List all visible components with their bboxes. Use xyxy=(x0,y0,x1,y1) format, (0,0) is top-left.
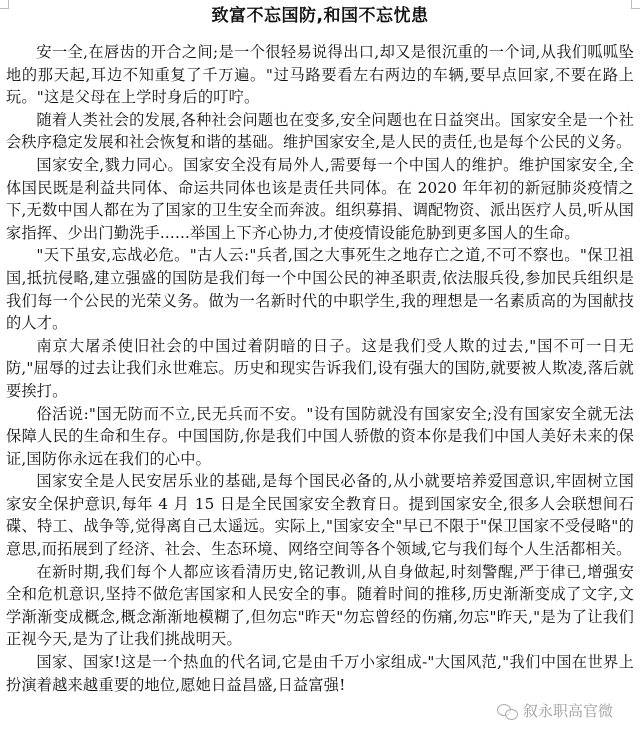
paragraph: 国家、国家!这是一个热血的代名词,它是由千万小家组成-"大国风范,"我们中国在世… xyxy=(6,651,634,696)
paragraph: 国家安全,戮力同心。国家安全没有局外人,需要每一个中国人的维护。维护国家安全,全… xyxy=(6,154,634,244)
wechat-icon xyxy=(497,703,519,719)
paragraph: 随着人类社会的发展,各种社会问题也在变多,安全问题也在日益突出。国家安全是一个社… xyxy=(6,109,634,154)
paragraph: 安一全,在唇齿的开合之间;是一个很轻易说得出口,却又是很沉重的一个词,从我们呱呱… xyxy=(6,41,634,109)
document-title: 致富不忘国防,和国不忘忧患 xyxy=(0,4,640,28)
paragraph: 俗活说:"国无防而不立,民无兵而不安。"设有国防就没有国家安全;没有国家安全就无… xyxy=(6,403,634,471)
paragraph: 在新时期,我们每个人都应该看清历史,铭记教训,从自身做起,时刻警醒,严于律已,增… xyxy=(6,561,634,651)
paragraph: 国家安全是人民安居乐业的基础,是每个国民必备的,从小就要培养爱国意识,牢固树立国… xyxy=(6,470,634,560)
document-body: 安一全,在唇齿的开合之间;是一个很轻易说得出口,却又是很沉重的一个词,从我们呱呱… xyxy=(6,41,634,696)
watermark: 叙永职高官微 xyxy=(497,700,613,721)
paragraph: 南京大屠杀使旧社会的中国过着阴暗的日子。这是我们受人欺的过去,"国不可一日无防,… xyxy=(6,335,634,403)
paragraph: "天下虽安,忘战必危。"古人云:"兵者,国之大事死生之地存亡之道,不可不察也。"… xyxy=(6,244,634,334)
watermark-text: 叙永职高官微 xyxy=(523,700,613,721)
